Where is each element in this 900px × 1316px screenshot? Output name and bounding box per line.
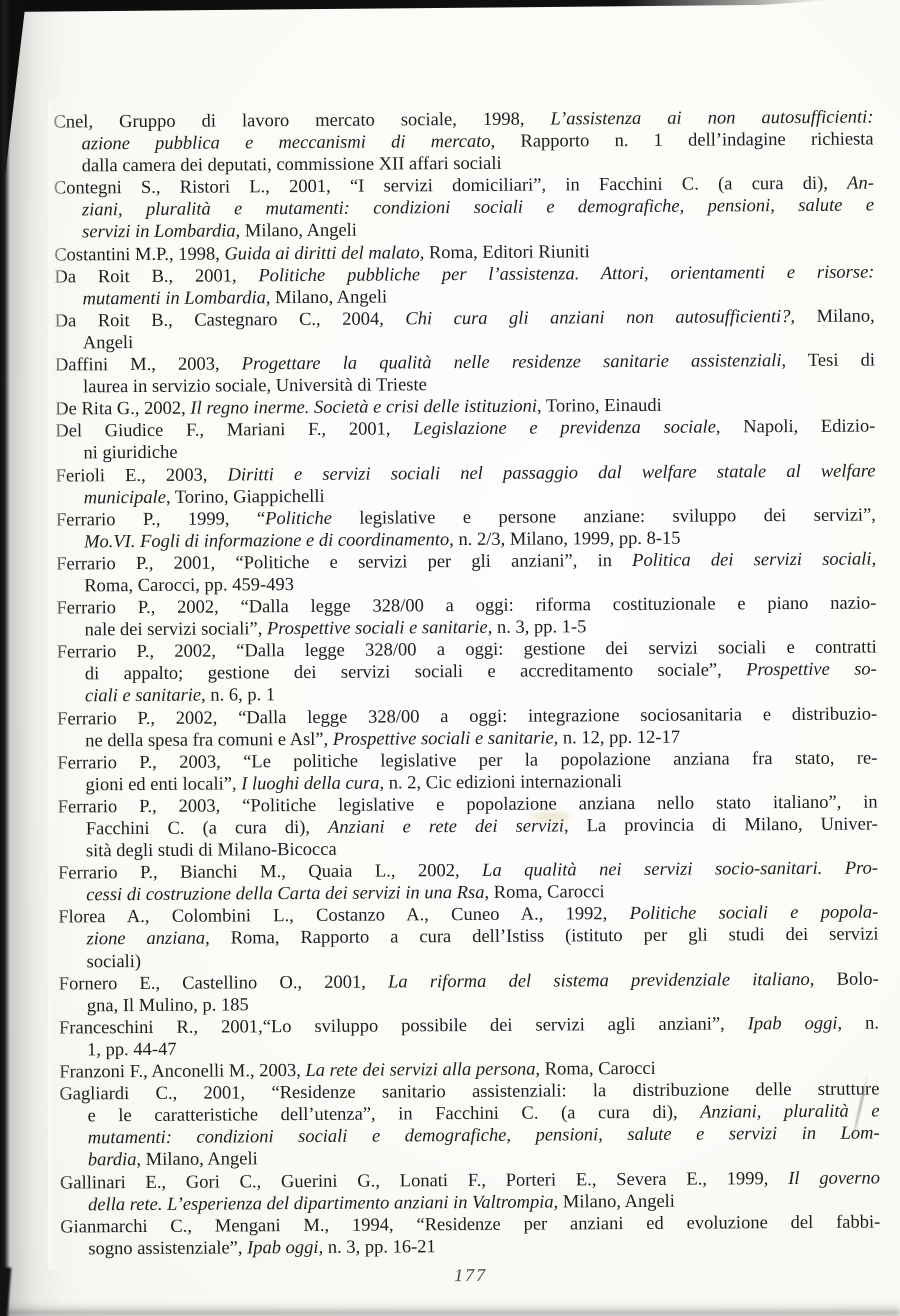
entry-text: ne della spesa fra comuni e Asl”,	[85, 729, 333, 751]
entry-text: Cnel, Gruppo di lavoro mercato sociale, …	[53, 109, 550, 132]
entry-text: , Roma, Carocci	[484, 882, 604, 903]
entry-text-italic: ciali e sanitarie	[85, 686, 201, 707]
entry-text-italic: Anziani e rete dei servizi	[328, 816, 564, 837]
entry-text: ,	[871, 549, 876, 569]
entry-text: gna, Il Mulino, p. 185	[87, 995, 249, 1016]
entry-text-italic: L’assistenza ai non autosufficienti:	[550, 108, 873, 130]
entry-text-italic: Diritti e servizi sociali nel passaggio …	[227, 461, 875, 485]
bibliography-entry: Da Roit B., 2001, Politiche pubbliche pe…	[54, 261, 874, 310]
entry-text-italic: Ipab oggi	[748, 1014, 838, 1035]
entry-text: 1, pp. 44-47	[87, 1040, 177, 1061]
entry-text: Ferrario P., Bianchi M., Quaia L., 2002,	[58, 861, 482, 884]
entry-text: Angeli	[83, 333, 133, 353]
entry-text-italic: Politica dei servizi sociali	[632, 549, 872, 570]
entry-text-italic: azione pubblica e meccanismi di mercato	[82, 132, 491, 154]
entry-text-italic: La riforma del sistema previdenziale ita…	[388, 970, 810, 993]
entry-text: Ferrario P., 2003, “Le politiche legisla…	[57, 748, 877, 773]
bibliography-entry: Gallinari E., Gori C., Guerini G., Lonat…	[60, 1167, 880, 1216]
entry-text-italic: Politiche sociali e popola-	[629, 903, 878, 925]
entry-text-italic: Chi cura gli anziani non autosufficienti…	[405, 307, 790, 329]
entry-text: nale dei servizi sociali”,	[85, 619, 267, 640]
entry-text: , Bolo-	[810, 969, 879, 989]
entry-text-italic: zione anziana	[86, 929, 205, 950]
bibliography-entry: Gagliardi C., 2001, “Residenze sanitario…	[59, 1079, 880, 1172]
bibliography-entry: Gianmarchi C., Mengani M., 1994, “Reside…	[60, 1211, 880, 1260]
bibliography-entry: Daffini M., 2003, Progettare la qualità …	[55, 350, 875, 399]
entry-text: , n. 2/3, Milano, 1999, pp. 8-15	[449, 528, 680, 549]
ink-smudge-artifact	[532, 812, 570, 822]
entry-text-italic: bardia	[88, 1150, 137, 1170]
bibliography-entry: Ferrario P., Bianchi M., Quaia L., 2002,…	[58, 858, 878, 907]
entry-text: , n.	[837, 1013, 879, 1033]
entry-text: ni giuridiche	[83, 443, 177, 464]
bibliography-entry: Ferrario P., 2002, “Dalla legge 328/00 a…	[57, 637, 877, 708]
entry-text-italic: Prospettive so-	[746, 660, 877, 681]
bibliography-entry: Da Roit B., Castegnaro C., 2004, Chi cur…	[55, 305, 875, 354]
bibliography-entry: Ferrario P., 2002, “Dalla legge 328/00 a…	[57, 703, 877, 752]
entry-text: di appalto; gestione dei servizi sociali…	[85, 661, 746, 685]
entry-text: Ferrario P., 2001, “Politiche e servizi …	[56, 551, 632, 575]
entry-text-italic: La rete dei servizi alla persona	[305, 1060, 535, 1081]
entry-text: Fornero E., Castellino O., 2001,	[59, 972, 388, 994]
entry-text-italic: municipale	[84, 487, 166, 508]
entry-text: Gianmarchi C., Mengani M., 1994, “Reside…	[60, 1212, 880, 1237]
entry-text: , n. 2, Cic edizioni internazionali	[379, 772, 622, 793]
entry-text: Del Giudice F., Mariani F., 2001,	[55, 420, 413, 442]
bibliography-entry: Ferrario P., 1999, “Politiche legislativ…	[56, 504, 876, 553]
entry-text-italic: Prospettive sociali e sanitarie	[267, 618, 488, 639]
entry-text: , n. 3, pp. 16-21	[318, 1237, 435, 1258]
bibliography-entry: Ferrario P., 2003, “Le politiche legisla…	[57, 747, 877, 796]
bibliography-entry: Ferrario P., 2002, “Dalla legge 328/00 a…	[56, 593, 876, 642]
entry-text: , Torino, Giappichelli	[166, 486, 325, 507]
entry-text-italic: servizi in Lombardia	[82, 222, 236, 243]
entry-text: Roma, Carocci, pp. 459-493	[84, 575, 294, 596]
entry-text: e le caratteristiche dell’utenza”, in Fa…	[87, 1103, 700, 1127]
bibliography-entry: Contegni S., Ristori L., 2001, “I serviz…	[54, 173, 874, 244]
bibliography-entry: Franceschini R., 2001,“Lo sviluppo possi…	[59, 1012, 879, 1061]
entry-text: sociali)	[87, 952, 142, 972]
entry-text-italic: La qualità nei servizi socio-sanitari. P…	[482, 859, 878, 881]
entry-text: legislative e persone anziane: sviluppo …	[332, 505, 876, 528]
entry-text: , Milano, Angeli	[236, 221, 357, 242]
entry-text-italic: della rete. L’esperienza del dipartiment…	[88, 1192, 554, 1215]
entry-text-italic: Politiche	[265, 509, 332, 529]
entry-text-italic: Prospettive sociali e sanitarie	[333, 728, 554, 749]
entry-text: , n. 6, p. 1	[201, 686, 275, 706]
bibliography-entry: Cnel, Gruppo di lavoro mercato sociale, …	[53, 107, 873, 178]
entry-text-italic: Ipab oggi	[247, 1238, 319, 1258]
entry-text: Da Roit B., Castegnaro C., 2004,	[55, 309, 406, 331]
entry-text: , Tesi di	[781, 351, 875, 372]
bibliography-entry: Fornero E., Castellino O., 2001, La rifo…	[59, 968, 879, 1017]
entry-text: laurea in servizio sociale, Università d…	[83, 375, 427, 397]
entry-text: , Napoli, Edizio-	[716, 417, 876, 438]
entry-text: , Roma, Editori Riuniti	[420, 242, 590, 263]
entry-text: , Torino, Einaudi	[537, 396, 662, 417]
entry-text-italic: Il governo	[788, 1168, 880, 1189]
entry-text: Franzoni F., Anconelli M., 2003,	[59, 1061, 305, 1083]
entry-text: Ferrario P., 2002, “Dalla legge 328/00 a…	[56, 594, 876, 619]
entry-text: , Milano, Angeli	[136, 1150, 257, 1171]
entry-text-italic: mutamenti in Lombardia	[82, 288, 265, 309]
entry-text-italic: I luoghi della cura	[241, 773, 379, 794]
entry-text-italic: Progettare la qualità nelle residenze sa…	[242, 351, 782, 374]
entry-text: gioni ed enti locali”,	[85, 774, 241, 795]
entry-text: sogno assistenziale”,	[88, 1238, 247, 1259]
scanned-page-content: Cnel, Gruppo di lavoro mercato sociale, …	[53, 107, 880, 1289]
scan-edge-bottom	[0, 1302, 900, 1316]
entry-text: sità degli studi di Milano-Bicocca	[86, 840, 337, 862]
entry-text: , Rapporto n. 1 dell’indagine richiesta	[491, 130, 874, 152]
entry-text: Gallinari E., Gori C., Guerini G., Lonat…	[60, 1169, 788, 1193]
entry-text: , Roma, Rapporto a cura dell’Istiss (ist…	[205, 925, 879, 949]
entry-text: , Milano, Angeli	[554, 1191, 675, 1212]
entry-text: , La provincia di Milano, Univer-	[564, 814, 878, 836]
entry-line: sogno assistenziale”, Ipab oggi, n. 3, p…	[60, 1233, 880, 1260]
entry-text-italic: Mo.VI. Fogli di informazione e di coordi…	[84, 530, 449, 552]
entry-text: , n. 12, pp. 12-17	[554, 727, 681, 748]
entry-text: dalla camera dei deputati, commissione X…	[82, 154, 502, 177]
entry-text-italic: An-	[847, 174, 874, 194]
entry-text: , Milano,	[790, 306, 874, 327]
bibliography-entry: Florea A., Colombini L., Costanzo A., Cu…	[58, 902, 878, 973]
entry-text: Facchini C. (a cura di),	[86, 818, 328, 839]
page-number: 177	[60, 1262, 880, 1288]
entry-text-italic: Legislazione e previdenza sociale	[413, 418, 716, 440]
entry-text-italic: Politiche pubbliche per l’assistenza. At…	[258, 262, 874, 286]
entry-text: , Roma, Carocci	[535, 1059, 655, 1080]
entry-text-italic: Anziani, pluralità e	[700, 1102, 879, 1123]
entry-text: , Milano, Angeli	[266, 287, 387, 308]
scan-edge-left	[0, 0, 10, 1316]
bibliography-entry: Ferrario P., 2001, “Politiche e servizi …	[56, 548, 876, 597]
entry-text: Ferrario P., 2002, “Dalla legge 328/00 a…	[57, 704, 877, 729]
entry-text-italic: ziani, pluralità e mutamenti: condizioni…	[82, 196, 874, 221]
bibliography-list: Cnel, Gruppo di lavoro mercato sociale, …	[53, 107, 880, 1261]
entry-text: , n. 3, pp. 1-5	[488, 617, 587, 638]
entry-text-italic: mutamenti: condizioni sociali e demograf…	[88, 1124, 880, 1149]
entry-text-italic: Il regno inerme. Società e crisi delle i…	[190, 397, 537, 419]
entry-text: Franceschini R., 2001,“Lo sviluppo possi…	[59, 1014, 748, 1038]
scan-edge-top	[0, 0, 862, 12]
bibliography-entry: Ferioli E., 2003, Diritti e servizi soci…	[56, 460, 876, 509]
entry-text-italic: Guida ai diritti del malato	[224, 243, 419, 264]
bibliography-entry: Ferrario P., 2003, “Politiche legislativ…	[58, 791, 878, 862]
entry-text: Florea A., Colombini L., Costanzo A., Cu…	[58, 904, 629, 927]
entry-text-italic: cessi di costruzione della Carta dei ser…	[86, 883, 484, 905]
page-gutter-shading	[4, 0, 89, 1316]
bibliography-entry: Del Giudice F., Mariani F., 2001, Legisl…	[55, 416, 875, 465]
